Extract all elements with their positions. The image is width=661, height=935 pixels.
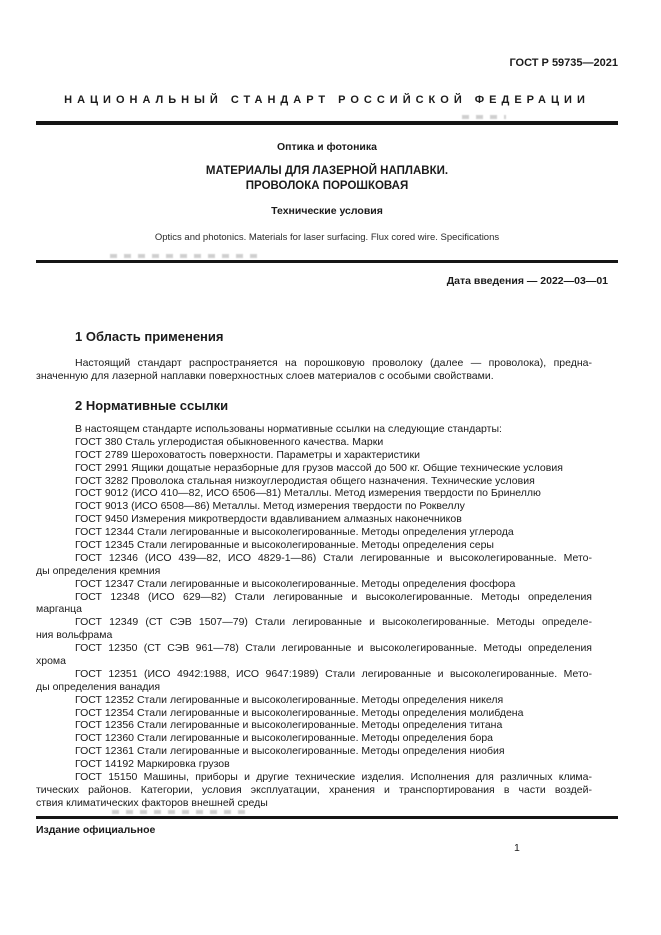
text-line: В настоящем стандарте использованы норма…: [36, 423, 592, 436]
text-line: ды определения ванадия: [36, 681, 592, 694]
text-line: ГОСТ 12346 (ИСО 439—82, ИСО 4829-1—86) С…: [36, 552, 592, 565]
document-title: МАТЕРИАЛЫ ДЛЯ ЛАЗЕРНОЙ НАПЛАВКИ. ПРОВОЛО…: [36, 164, 618, 193]
document-subtitle: Технические условия: [36, 205, 618, 217]
document-title-english: Optics and photonics. Materials for lase…: [36, 232, 618, 243]
text-line: ГОСТ 12348 (ИСО 629—82) Стали легированн…: [36, 591, 592, 604]
footer-rule: [36, 816, 618, 819]
document-title-line1: МАТЕРИАЛЫ ДЛЯ ЛАЗЕРНОЙ НАПЛАВКИ.: [36, 164, 618, 179]
scan-artifact: [462, 115, 506, 119]
text-line: ГОСТ 15150 Машины, приборы и другие техн…: [36, 771, 592, 784]
subject-area: Оптика и фотоника: [36, 141, 618, 153]
text-line: ГОСТ 3282 Проволока стальная низкоуглеро…: [36, 475, 592, 488]
section-2-heading: 2 Нормативные ссылки: [36, 398, 657, 413]
text-line: ГОСТ 9012 (ИСО 410—82, ИСО 6506—81) Мета…: [36, 487, 592, 500]
scan-artifact: [112, 810, 252, 814]
text-line: ГОСТ 12349 (СТ СЭВ 1507—79) Стали легиро…: [36, 616, 592, 629]
text-line: значенную для лазерной наплавки поверхно…: [36, 370, 592, 383]
text-line: ГОСТ 2991 Ящики дощатые неразборные для …: [36, 462, 592, 475]
document-page: ГОСТ Р 59735—2021 НАЦИОНАЛЬНЫЙ СТАНДАРТ …: [0, 0, 661, 935]
text-line: ды определения кремния: [36, 565, 592, 578]
text-line: ствия климатических факторов внешней сре…: [36, 797, 592, 810]
text-line: ния вольфрама: [36, 629, 592, 642]
text-line: ГОСТ 12347 Стали легированные и высоколе…: [36, 578, 592, 591]
text-line: ГОСТ 12354 Стали легированные и высоколе…: [36, 707, 592, 720]
text-line: ГОСТ 12361 Стали легированные и высоколе…: [36, 745, 592, 758]
text-line: ГОСТ 12351 (ИСО 4942:1988, ИСО 9647:1989…: [36, 668, 592, 681]
section-1-paragraph: Настоящий стандарт распространяется на п…: [36, 357, 592, 383]
page-number: 1: [514, 842, 520, 854]
text-line: ГОСТ 12350 (СТ СЭВ 961—78) Стали легиров…: [36, 642, 592, 655]
text-line: ГОСТ 9013 (ИСО 6508—86) Металлы. Метод и…: [36, 500, 592, 513]
header-rule: [36, 121, 618, 125]
text-line: ГОСТ 9450 Измерения микротвердости вдавл…: [36, 513, 592, 526]
document-title-line2: ПРОВОЛОКА ПОРОШКОВАЯ: [36, 179, 618, 194]
text-line: тических районов. Категории, условия экс…: [36, 784, 592, 797]
text-line: ГОСТ 12345 Стали легированные и высоколе…: [36, 539, 592, 552]
normative-references-list: В настоящем стандарте использованы норма…: [36, 423, 592, 810]
text-line: марганца: [36, 603, 592, 616]
scan-artifact: [110, 254, 262, 258]
standard-code: ГОСТ Р 59735—2021: [36, 57, 618, 69]
text-line: ГОСТ 14192 Маркировка грузов: [36, 758, 592, 771]
federation-header: НАЦИОНАЛЬНЫЙ СТАНДАРТ РОССИЙСКОЙ ФЕДЕРАЦ…: [36, 94, 618, 106]
text-line: ГОСТ 12344 Стали легированные и высоколе…: [36, 526, 592, 539]
section-1-heading: 1 Область применения: [36, 329, 657, 344]
text-line: ГОСТ 380 Сталь углеродистая обыкновенног…: [36, 436, 592, 449]
edition-note: Издание официальное: [36, 824, 618, 836]
text-line: ГОСТ 12360 Стали легированные и высоколе…: [36, 732, 592, 745]
title-block-rule: [36, 260, 618, 263]
text-line: Настоящий стандарт распространяется на п…: [36, 357, 592, 370]
text-line: ГОСТ 12356 Стали легированные и высоколе…: [36, 719, 592, 732]
text-line: ГОСТ 2789 Шероховатость поверхности. Пар…: [36, 449, 592, 462]
effective-date: Дата введения — 2022—03—01: [36, 275, 618, 287]
text-line: ГОСТ 12352 Стали легированные и высоколе…: [36, 694, 592, 707]
text-line: хрома: [36, 655, 592, 668]
